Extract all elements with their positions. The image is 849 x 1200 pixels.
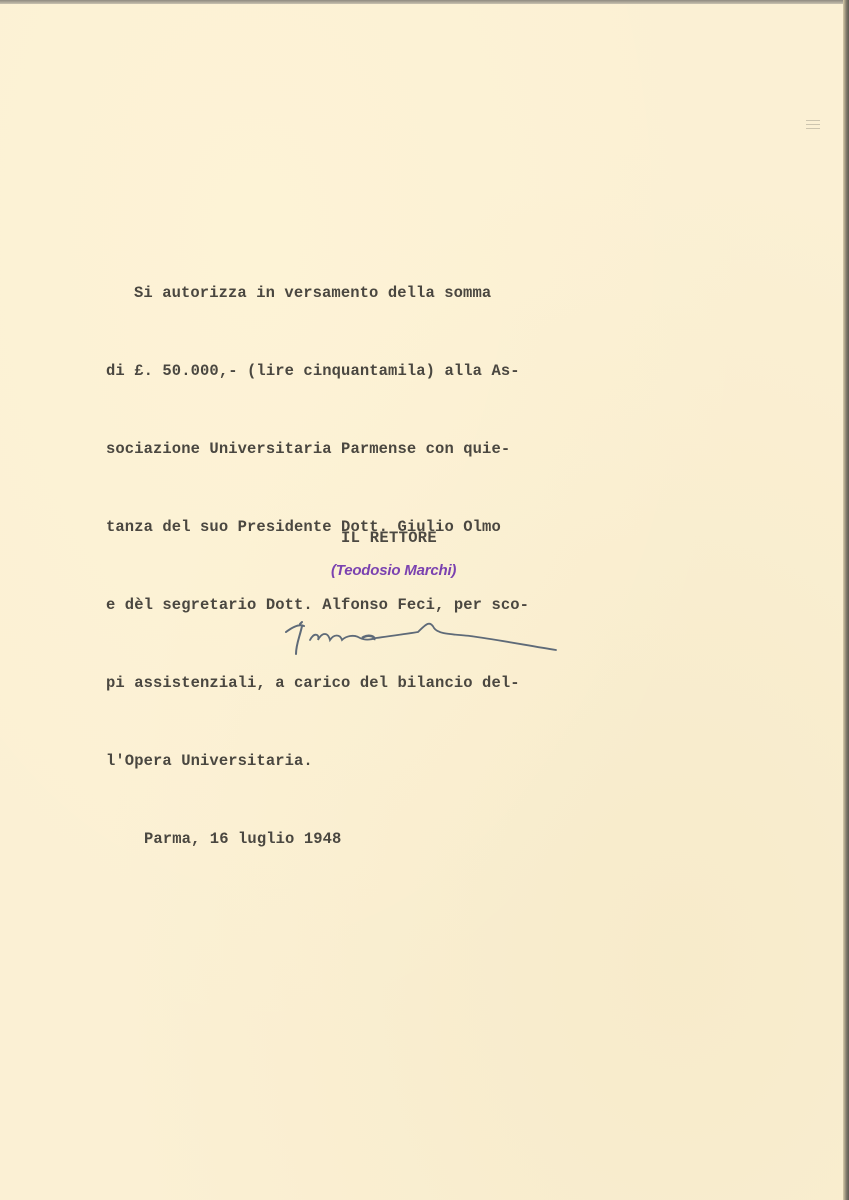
signatory-title: IL RETTORE — [341, 529, 437, 547]
body-line: sociazione Universitaria Parmense con qu… — [106, 436, 566, 462]
body-line: tanza del suo Presidente Dott. Giulio Ol… — [106, 514, 566, 540]
scan-top-edge — [0, 0, 849, 4]
signature-icon — [280, 610, 570, 665]
body-line: pi assistenziali, a carico del bilancio … — [106, 670, 566, 696]
body-line: l'Opera Universitaria. — [106, 748, 566, 774]
scan-right-edge — [843, 0, 849, 1200]
document-page: Si autorizza in versamento della somma d… — [0, 0, 849, 1200]
place-date: Parma, 16 luglio 1948 — [106, 826, 566, 852]
body-line: di £. 50.000,- (lire cinquantamila) alla… — [106, 358, 566, 384]
body-line: Si autorizza in versamento della somma — [106, 280, 566, 306]
margin-marks — [806, 120, 830, 380]
name-stamp: (Teodosio Marchi) — [331, 562, 456, 579]
